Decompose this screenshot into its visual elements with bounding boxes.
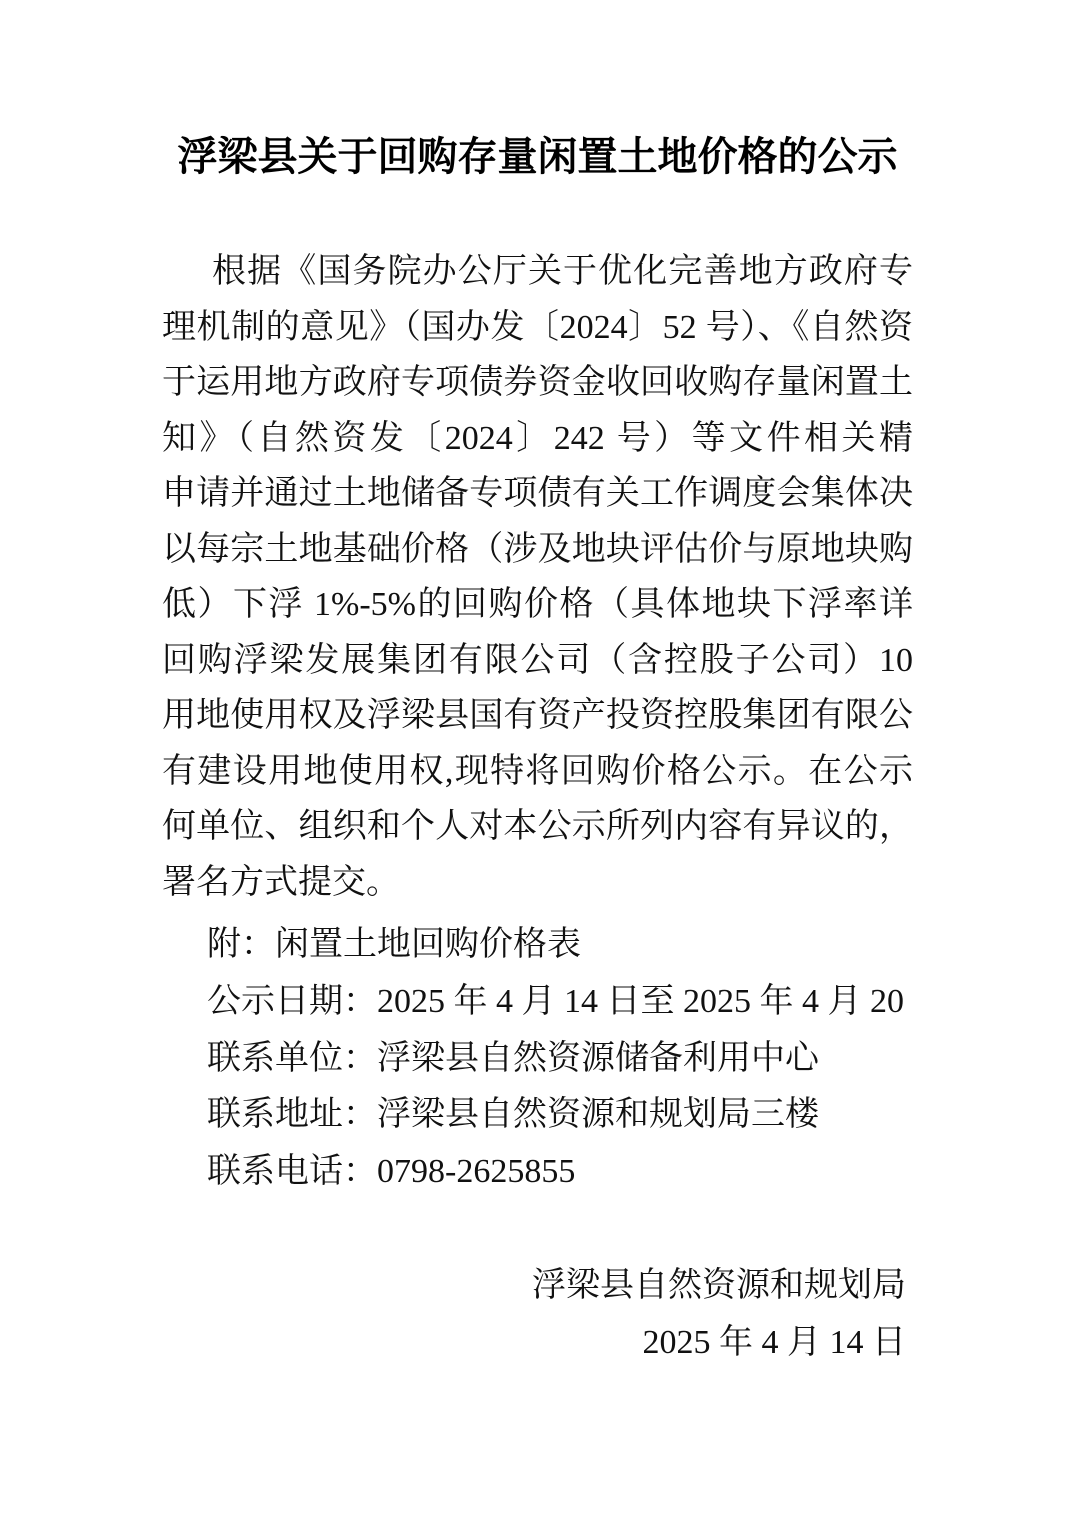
body-line: 于运用地方政府专项债券资金收回收购存量闲置土地的通 [162, 355, 913, 411]
contact-unit-line: 联系单位：浮梁县自然资源储备利用中心 [162, 1031, 913, 1088]
signature-block: 浮梁县自然资源和规划局 2025 年 4 月 14 日 [162, 1257, 913, 1371]
issuer-line: 浮梁县自然资源和规划局 [162, 1257, 906, 1314]
body-line: 回购浮梁发展集团有限公司（含控股子公司）10 宗国有建设 [162, 633, 913, 689]
body-line: 以每宗土地基础价格（涉及地块评估价与原地块购地成本孰 [162, 522, 913, 578]
document-title: 浮梁县关于回购存量闲置土地价格的公示 [162, 127, 913, 187]
issue-date-line: 2025 年 4 月 14 日 [162, 1314, 906, 1371]
notice-period-line: 公示日期：2025 年 4 月 14 日至 2025 年 4 月 20 日 [162, 974, 913, 1031]
contact-address-line: 联系地址：浮梁县自然资源和规划局三楼 [162, 1087, 913, 1144]
body-paragraph: 根据《国务院办公厅关于优化完善地方政府专项债券管 理机制的意见》（国办发〔202… [162, 244, 913, 910]
body-line: 申请并通过土地储备专项债有关工作调度会集体决策，确定 [162, 466, 913, 522]
document-page: 浮梁县关于回购存量闲置土地价格的公示 根据《国务院办公厅关于优化完善地方政府专项… [0, 0, 1074, 1520]
body-line: 有建设用地使用权,现特将回购价格公示。在公示期内，任 [162, 744, 913, 800]
contact-phone-line: 联系电话：0798-2625855 [162, 1144, 913, 1201]
body-line: 用地使用权及浮梁县国有资产投资控股集团有限公司 2 宗国 [162, 688, 913, 744]
body-line: 根据《国务院办公厅关于优化完善地方政府专项债券管 [162, 244, 913, 300]
body-line: 理机制的意见》（国办发〔2024〕52 号）、《自然资源部关 [162, 300, 913, 356]
body-line: 低）下浮 1%-5%的回购价格（具体地块下浮率详见附表）， [162, 577, 913, 633]
body-line: 知》（自然资发〔2024〕242 号）等文件相关精神。经企业 [162, 411, 913, 467]
body-line: 何单位、组织和个人对本公示所列内容有异议的，请以书面 [162, 799, 913, 855]
attachment-line: 附：闲置土地回购价格表 [162, 917, 913, 974]
body-line: 署名方式提交。 [162, 855, 913, 911]
notice-info-block: 附：闲置土地回购价格表 公示日期：2025 年 4 月 14 日至 2025 年… [162, 917, 913, 1201]
